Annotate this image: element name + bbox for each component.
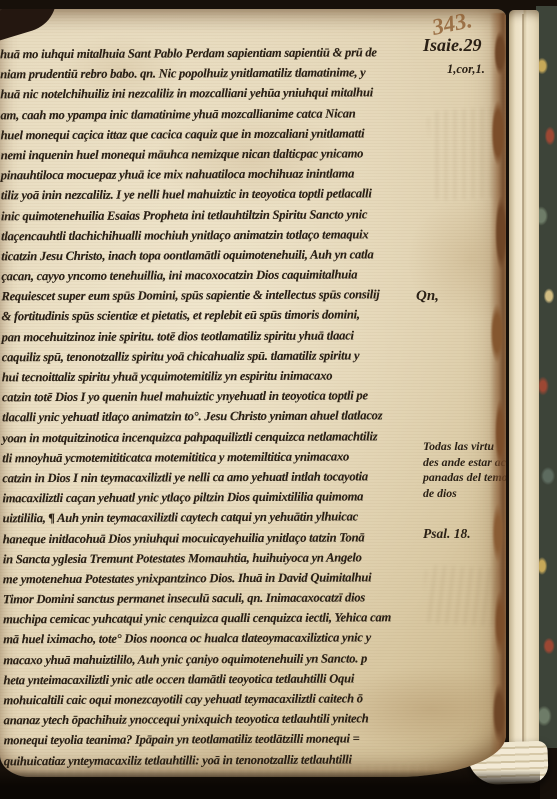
manuscript-line: in Sancta yglesia Tremunt Potestates Mom… (3, 546, 493, 569)
manuscript-line: heta ynteimacaxiliztli ynic atle occen t… (3, 668, 493, 691)
manuscript-line: quihuicatiaz ynteymacaxiliz tetlauhtilli… (4, 748, 494, 771)
manuscript-line: & fortitudinis spūs scientiæ et pietatis… (1, 304, 491, 327)
manuscript-line: huā nic notelchihuiliz ini nezcaliliz in… (0, 82, 490, 105)
manuscript-line: yoan in motquitzinotica incenquizca pahp… (2, 425, 492, 448)
manuscript-line: inic quimotenehuilia Esaias Propheta ini… (1, 203, 491, 226)
manuscript-body: huā mo iuhqui mitalhuia Sant Pablo Perda… (0, 42, 494, 771)
manuscript-line: tlaçencauhtli tlachichihualli mochiuh yn… (1, 223, 491, 246)
manuscript-photo: 343. Isaie.29 1,cor,1. Qn, Todas las vir… (0, 0, 557, 799)
manuscript-line: monequi teyolia teanima? Ipāpain yn teot… (4, 728, 494, 751)
marbled-book-edge (536, 6, 557, 748)
manuscript-line: am, caah mo ypampa inic tlamatinime yhuā… (0, 102, 490, 125)
manuscript-line: nemi inquenin huel monequi māuhca nemizq… (1, 143, 491, 166)
manuscript-line: pan mocehuitzinoz inie spiritu. totē dio… (2, 324, 492, 347)
manuscript-line: haneque initlacohuā Dios yniuhqui mocuic… (3, 526, 493, 549)
manuscript-line: muchipa cemicac yuhcatqui ynic cenquizca… (3, 607, 493, 630)
manuscript-line: huā mo iuhqui mitalhuia Sant Pablo Perda… (0, 42, 490, 65)
manuscript-line: macaxo yhuā mahuiztililo, Auh ynic çaniy… (3, 647, 493, 670)
spine-shadow-corner (0, 9, 65, 43)
manuscript-line: tli mnoyhuā ycmotemititicatca motemititi… (2, 445, 492, 468)
manuscript-line: me ymotenehua Potestates ynixpantzinco D… (3, 567, 493, 590)
manuscript-line: mā huel iximacho, tote° Dios noonca oc h… (3, 627, 493, 650)
manuscript-line: caquiliz spū, tenonotzalliz spiritu yoā … (2, 345, 492, 368)
manuscript-line: tiliz yoā inin nezcaliliz. I ye nelli hu… (1, 183, 491, 206)
manuscript-line: uiztililia, ¶ Auh ynin teymacaxiliztli c… (3, 506, 493, 529)
manuscript-line: ticatzin Jesu Christo, inach topa oontla… (1, 244, 491, 267)
manuscript-line: huel monequi caçica ittaz que cacica caq… (1, 122, 491, 145)
page-edge-stack (509, 10, 539, 782)
manuscript-line: catzin in Dios I nin teymacaxiliztli ye … (2, 466, 492, 489)
manuscript-line: catzin totē Dios I yo quenin huel mahuiz… (2, 385, 492, 408)
manuscript-line: pinauhtiloca mocuepaz yhuā ice mix nahua… (1, 163, 491, 186)
page-bottom-shadow (0, 770, 540, 799)
damaged-fore-edge (490, 13, 506, 755)
manuscript-line: tlacalli ynic yehuatl itlaço animatzin t… (2, 405, 492, 428)
manuscript-line: çacan, cayyo yncomo tenehuillia, ini mac… (1, 264, 491, 287)
manuscript-line: imacaxiliztli caçan yehuatl ynic ytlaço … (2, 486, 492, 509)
manuscript-line: niam prudentiū rebro babo. qn. Nic popol… (0, 62, 490, 85)
manuscript-line: Timor Domini sanctus permanet inseculū s… (3, 587, 493, 610)
manuscript-line: ananaz ytech ōpachihuiz ynoccequi ynixqu… (4, 708, 494, 731)
manuscript-page: 343. Isaie.29 1,cor,1. Qn, Todas las vir… (0, 9, 506, 777)
manuscript-line: hui tecnoittaliz spiritu yhuā ycquimotem… (2, 365, 492, 388)
manuscript-line: Requiescet super eum spūs Domini, spūs s… (1, 284, 491, 307)
manuscript-line: mohuicaltili caic oqui monezcayotili cay… (3, 688, 493, 711)
